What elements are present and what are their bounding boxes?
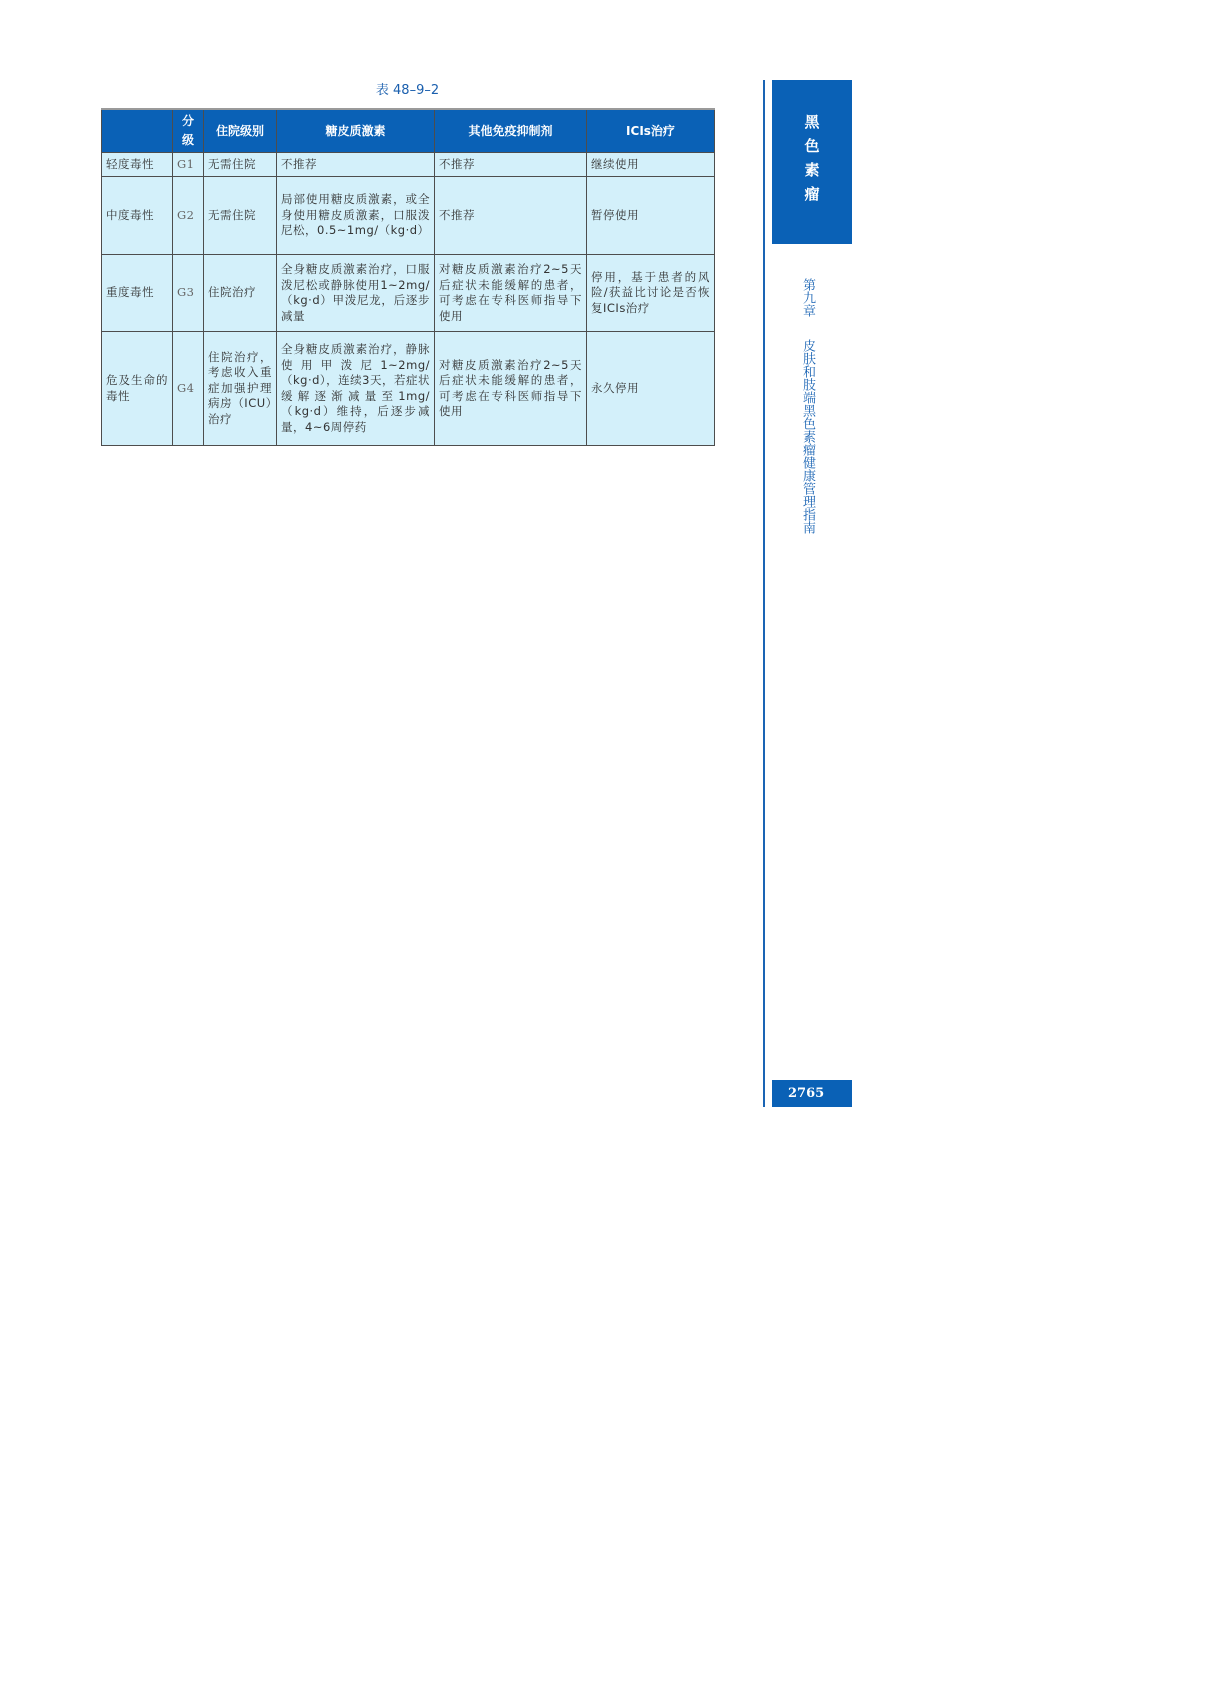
chapter-title: 皮肤和肢端黑色素瘤健康管理指南: [800, 339, 815, 534]
table-header-row: 分级 住院级别 糖皮质激素 其他免疫抑制剂 ICIs治疗: [102, 109, 715, 153]
cell-hospitalization: 无需住院: [204, 153, 277, 177]
table-row: 危及生命的毒性 G4 住院治疗，考虑收入重症加强护理病房（ICU）治疗 全身糖皮…: [102, 332, 715, 446]
cell-other-immunosuppressants: 对糖皮质激素治疗2~5天后症状未能缓解的患者，可考虑在专科医师指导下使用: [435, 255, 587, 332]
header-grade: 分级: [173, 109, 204, 153]
header-ici-treatment: ICIs治疗: [587, 109, 715, 153]
page-number: 2765: [772, 1080, 852, 1107]
cell-ici-treatment: 暂停使用: [587, 177, 715, 255]
chapter-number: 第九章: [800, 278, 815, 317]
cell-grade: G4: [173, 332, 204, 446]
toxicity-management-table: 分级 住院级别 糖皮质激素 其他免疫抑制剂 ICIs治疗 轻度毒性 G1 无需住…: [101, 108, 715, 446]
cell-corticosteroids: 不推荐: [277, 153, 435, 177]
section-label: 黑色素瘤: [802, 114, 823, 210]
cell-grade: G2: [173, 177, 204, 255]
margin-divider-line: [763, 80, 765, 1107]
header-corticosteroids: 糖皮质激素: [277, 109, 435, 153]
cell-other-immunosuppressants: 不推荐: [435, 153, 587, 177]
header-hospitalization: 住院级别: [204, 109, 277, 153]
cell-ici-treatment: 继续使用: [587, 153, 715, 177]
running-header: 第九章皮肤和肢端黑色素瘤健康管理指南: [795, 278, 819, 534]
cell-toxicity: 危及生命的毒性: [102, 332, 173, 446]
cell-toxicity: 重度毒性: [102, 255, 173, 332]
header-other-immunosuppressants: 其他免疫抑制剂: [435, 109, 587, 153]
cell-corticosteroids: 局部使用糖皮质激素，或全身使用糖皮质激素，口服泼尼松，0.5~1mg/（kg·d…: [277, 177, 435, 255]
cell-grade: G1: [173, 153, 204, 177]
table-row: 重度毒性 G3 住院治疗 全身糖皮质激素治疗，口服泼尼松或静脉使用1~2mg/（…: [102, 255, 715, 332]
cell-ici-treatment: 永久停用: [587, 332, 715, 446]
table-row: 中度毒性 G2 无需住院 局部使用糖皮质激素，或全身使用糖皮质激素，口服泼尼松，…: [102, 177, 715, 255]
header-toxicity: [102, 109, 173, 153]
cell-hospitalization: 无需住院: [204, 177, 277, 255]
cell-corticosteroids: 全身糖皮质激素治疗，静脉使用甲泼尼1~2mg/（kg·d），连续3天，若症状缓解…: [277, 332, 435, 446]
cell-toxicity: 轻度毒性: [102, 153, 173, 177]
cell-other-immunosuppressants: 对糖皮质激素治疗2~5天后症状未能缓解的患者，可考虑在专科医师指导下使用: [435, 332, 587, 446]
cell-hospitalization: 住院治疗，考虑收入重症加强护理病房（ICU）治疗: [204, 332, 277, 446]
cell-ici-treatment: 停用，基于患者的风险/获益比讨论是否恢复ICIs治疗: [587, 255, 715, 332]
cell-grade: G3: [173, 255, 204, 332]
cell-other-immunosuppressants: 不推荐: [435, 177, 587, 255]
cell-corticosteroids: 全身糖皮质激素治疗，口服泼尼松或静脉使用1~2mg/（kg·d）甲泼尼龙，后逐步…: [277, 255, 435, 332]
cell-toxicity: 中度毒性: [102, 177, 173, 255]
table-row: 轻度毒性 G1 无需住院 不推荐 不推荐 继续使用: [102, 153, 715, 177]
section-tab: 黑色素瘤: [772, 80, 852, 244]
table-caption: 表 48–9–2: [101, 79, 714, 98]
cell-hospitalization: 住院治疗: [204, 255, 277, 332]
